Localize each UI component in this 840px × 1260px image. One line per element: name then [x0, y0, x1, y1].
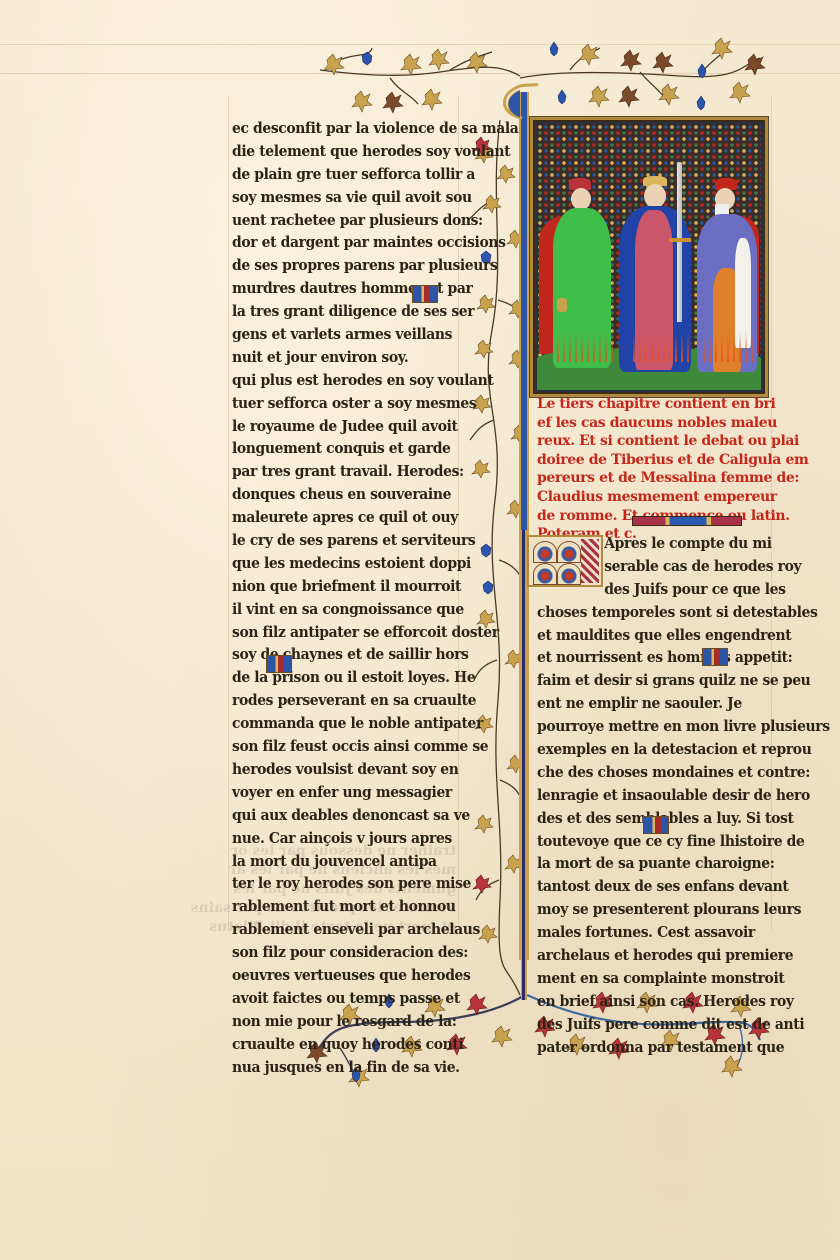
text-line: non mie pour le resgard de la: — [232, 1011, 447, 1034]
text-line: exemples en la detestacion et reprou — [537, 739, 758, 762]
text-line: qui aux deables denoncast sa ve — [232, 805, 447, 828]
text-line: che des choses mondaines et contre: — [537, 762, 758, 785]
rubric-line: Claudius mesmement empereur — [537, 488, 765, 507]
text-line: gens et varlets armes veillans — [232, 324, 447, 347]
ghost-line: trainer ne dessous par les or — [236, 842, 456, 861]
flames — [557, 332, 617, 362]
text-line: lenragie et insaoulable desir de hero — [537, 785, 758, 808]
text-line: avoit faictes ou temps passe et — [232, 988, 447, 1011]
text-line: ent ne emplir ne saouler. Je — [537, 693, 758, 716]
text-line: nion que briefment il mourroit — [232, 576, 447, 599]
text-line: de plain gre tuer sefforca tollir a — [232, 164, 447, 187]
ghost-line: guments des Juifs ne par les — [236, 880, 456, 899]
text-line: il vint en sa congnoissance que — [232, 599, 447, 622]
text-line: rodes perseverant en sa cruaulte — [232, 690, 447, 713]
text-line: dor et dargent par maintes occisions — [232, 232, 447, 255]
text-line: la tres grant diligence de ses ser — [232, 301, 447, 324]
text-line: uent rachetee par plusieurs dons: — [232, 210, 447, 233]
text-line: die telement que herodes soy voulant — [232, 141, 447, 164]
text-line: longuement conquis et garde — [232, 438, 447, 461]
flames — [633, 332, 693, 362]
initial-curl-ornament — [490, 80, 540, 120]
decorated-initial-je — [702, 648, 728, 666]
show-through-text: trainer ne dessous par les or mes les an… — [236, 842, 456, 937]
text-line: le cry de ses parens et serviteurs — [232, 530, 447, 553]
decorated-initial-car — [266, 655, 292, 673]
text-line: voyer en enfer ung messagier — [232, 782, 447, 805]
text-line: tuer sefforca oster a soy mesmes — [232, 393, 447, 416]
text-line: nua jusques en la fin de sa vie. — [232, 1057, 447, 1080]
text-line: ment en sa complainte monstroit — [537, 968, 758, 991]
head — [571, 188, 591, 210]
text-line: herodes voulsist devant soy en — [232, 759, 447, 782]
text-line: tantost deux de ses enfans devant — [537, 876, 758, 899]
initial-a-bar — [521, 530, 527, 1000]
decorated-initial-et — [412, 285, 438, 303]
text-line: en brief ainsi son cas. Herodes roy — [537, 991, 758, 1014]
right-text-column: Apres le compte du mi serable cas de her… — [537, 533, 767, 1059]
text-line: archelaus et herodes qui premiere — [537, 945, 758, 968]
text-line: donques cheus en souveraine — [232, 484, 447, 507]
ghost-line: mes les anciens ne par les ar — [236, 861, 456, 880]
rubric-line: doiree de Tiberius et de Caligula em — [537, 451, 765, 470]
text-line: et mauldites que elles engendrent — [537, 625, 758, 648]
sword-hilt — [669, 238, 691, 242]
decorated-initial-cest — [643, 816, 669, 834]
text-line: soy de chaynes et de saillir hors — [232, 644, 447, 667]
text-line: de la prison ou il estoit loyes. He — [232, 667, 447, 690]
sword — [677, 162, 682, 322]
rubric-line: reux. Et si contient le debat ou plai — [537, 432, 765, 451]
text-line: son filz feust occis ainsi comme se — [232, 736, 447, 759]
miniature-painting — [530, 117, 768, 397]
flames — [703, 332, 753, 362]
text-line: de ses propres parens par plusieurs — [232, 255, 447, 278]
text-line: des Juifs pere comme dit est de anti — [537, 1014, 758, 1037]
ghost-line: et mort ne le texte il dit Pilatus — [236, 918, 456, 937]
text-line: faim et desir si grans quilz ne se peu — [537, 670, 758, 693]
parchment-page: ec desconfit par la violence de sa mala … — [0, 0, 840, 1260]
text-line: qui plus est herodes en soy voulant — [232, 370, 447, 393]
text-line: la mort de sa puante charoigne: — [537, 853, 758, 876]
text-line: son filz pour consideracion des: — [232, 942, 447, 965]
head — [644, 184, 666, 208]
text-line: pourroye mettre en mon livre plusieurs — [537, 716, 758, 739]
text-line: serable cas de herodes roy — [537, 556, 758, 579]
text-line: pater ordonna par testament que — [537, 1037, 758, 1060]
text-line: le royaume de Judee quil avoit — [232, 416, 447, 439]
text-line: maleurete apres ce quil ot ouy — [232, 507, 447, 530]
text-line: ec desconfit par la violence de sa mala — [232, 118, 447, 141]
rubric-line: ef les cas daucuns nobles maleu — [537, 414, 765, 433]
text-line: soy mesmes sa vie quil avoit sou — [232, 187, 447, 210]
text-line: que les medecins estoient doppi — [232, 553, 447, 576]
text-line: choses temporeles sont si detestables — [537, 602, 758, 625]
text-line: commanda que le noble antipater — [232, 713, 447, 736]
text-line: son filz antipater se efforcoit doster — [232, 622, 447, 645]
line-filler-ornament — [632, 516, 742, 526]
text-line: par tres grant travail. Herodes: — [232, 461, 447, 484]
text-line: toutevoye que ce cy fine lhistoire de — [537, 831, 758, 854]
text-line: oeuvres vertueuses que herodes — [232, 965, 447, 988]
ghost-line: Pierre et les prestres ne par sains — [236, 899, 456, 918]
rubric-line: Le tiers chapitre contient en bri — [537, 395, 765, 414]
text-line: des Juifs pour ce que les — [537, 579, 758, 602]
text-line: moy se presenterent plourans leurs — [537, 899, 758, 922]
purse — [557, 298, 567, 312]
text-line: males fortunes. Cest assavoir — [537, 922, 758, 945]
text-line: cruaulte en quoy herodes conti — [232, 1034, 447, 1057]
text-line: Apres le compte du mi — [537, 533, 758, 556]
rubric-line: pereurs et de Messalina femme de: — [537, 469, 765, 488]
text-line: nuit et jour environ soy. — [232, 347, 447, 370]
